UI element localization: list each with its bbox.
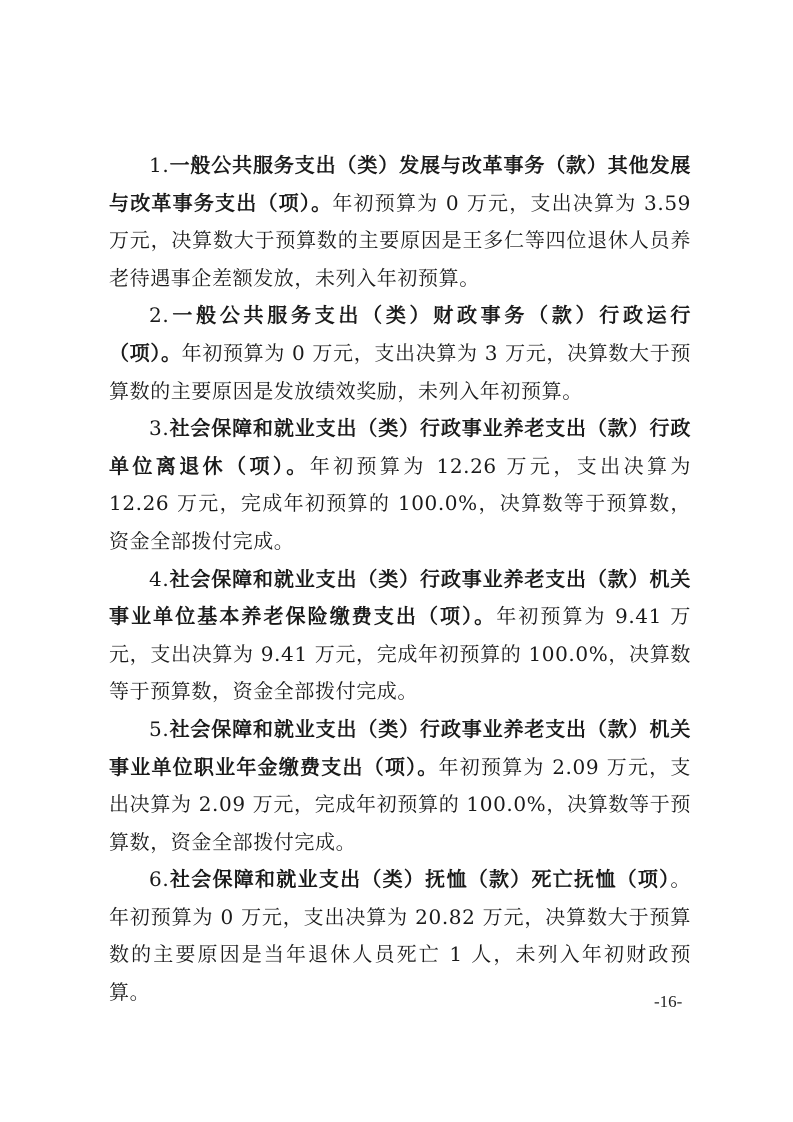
page-number: -16- [654, 992, 682, 1012]
paragraph-6: 6.社会保障和就业支出（类）抚恤（款）死亡抚恤（项）。年初预算为 0 万元，支出… [109, 861, 691, 1011]
document-page: 1.一般公共服务支出（类）发展与改革事务（款）其他发展与改革事务支出（项）。年初… [109, 147, 691, 1012]
paragraph-4: 4.社会保障和就业支出（类）行政事业养老支出（款）机关事业单位基本养老保险缴费支… [109, 561, 691, 711]
item-number: 6. [149, 867, 169, 891]
item-number: 1. [149, 153, 169, 177]
item-number: 5. [149, 717, 169, 741]
paragraph-1: 1.一般公共服务支出（类）发展与改革事务（款）其他发展与改革事务支出（项）。年初… [109, 147, 691, 297]
paragraph-2: 2.一般公共服务支出（类）财政事务（款）行政运行（项）。年初预算为 0 万元，支… [109, 297, 691, 410]
paragraph-3: 3.社会保障和就业支出（类）行政事业养老支出（款）行政单位离退休（项）。年初预算… [109, 410, 691, 560]
item-body: 年初预算为 0 万元，支出决算为 3 万元，决算数大于预算数的主要原因是发放绩效… [109, 341, 691, 403]
item-number: 3. [149, 416, 169, 440]
paragraph-5: 5.社会保障和就业支出（类）行政事业养老支出（款）机关事业单位职业年金缴费支出（… [109, 711, 691, 861]
item-heading: 社会保障和就业支出（类）抚恤（款）死亡抚恤（项） [169, 867, 670, 891]
item-number: 2. [149, 303, 169, 327]
item-number: 4. [149, 567, 169, 591]
